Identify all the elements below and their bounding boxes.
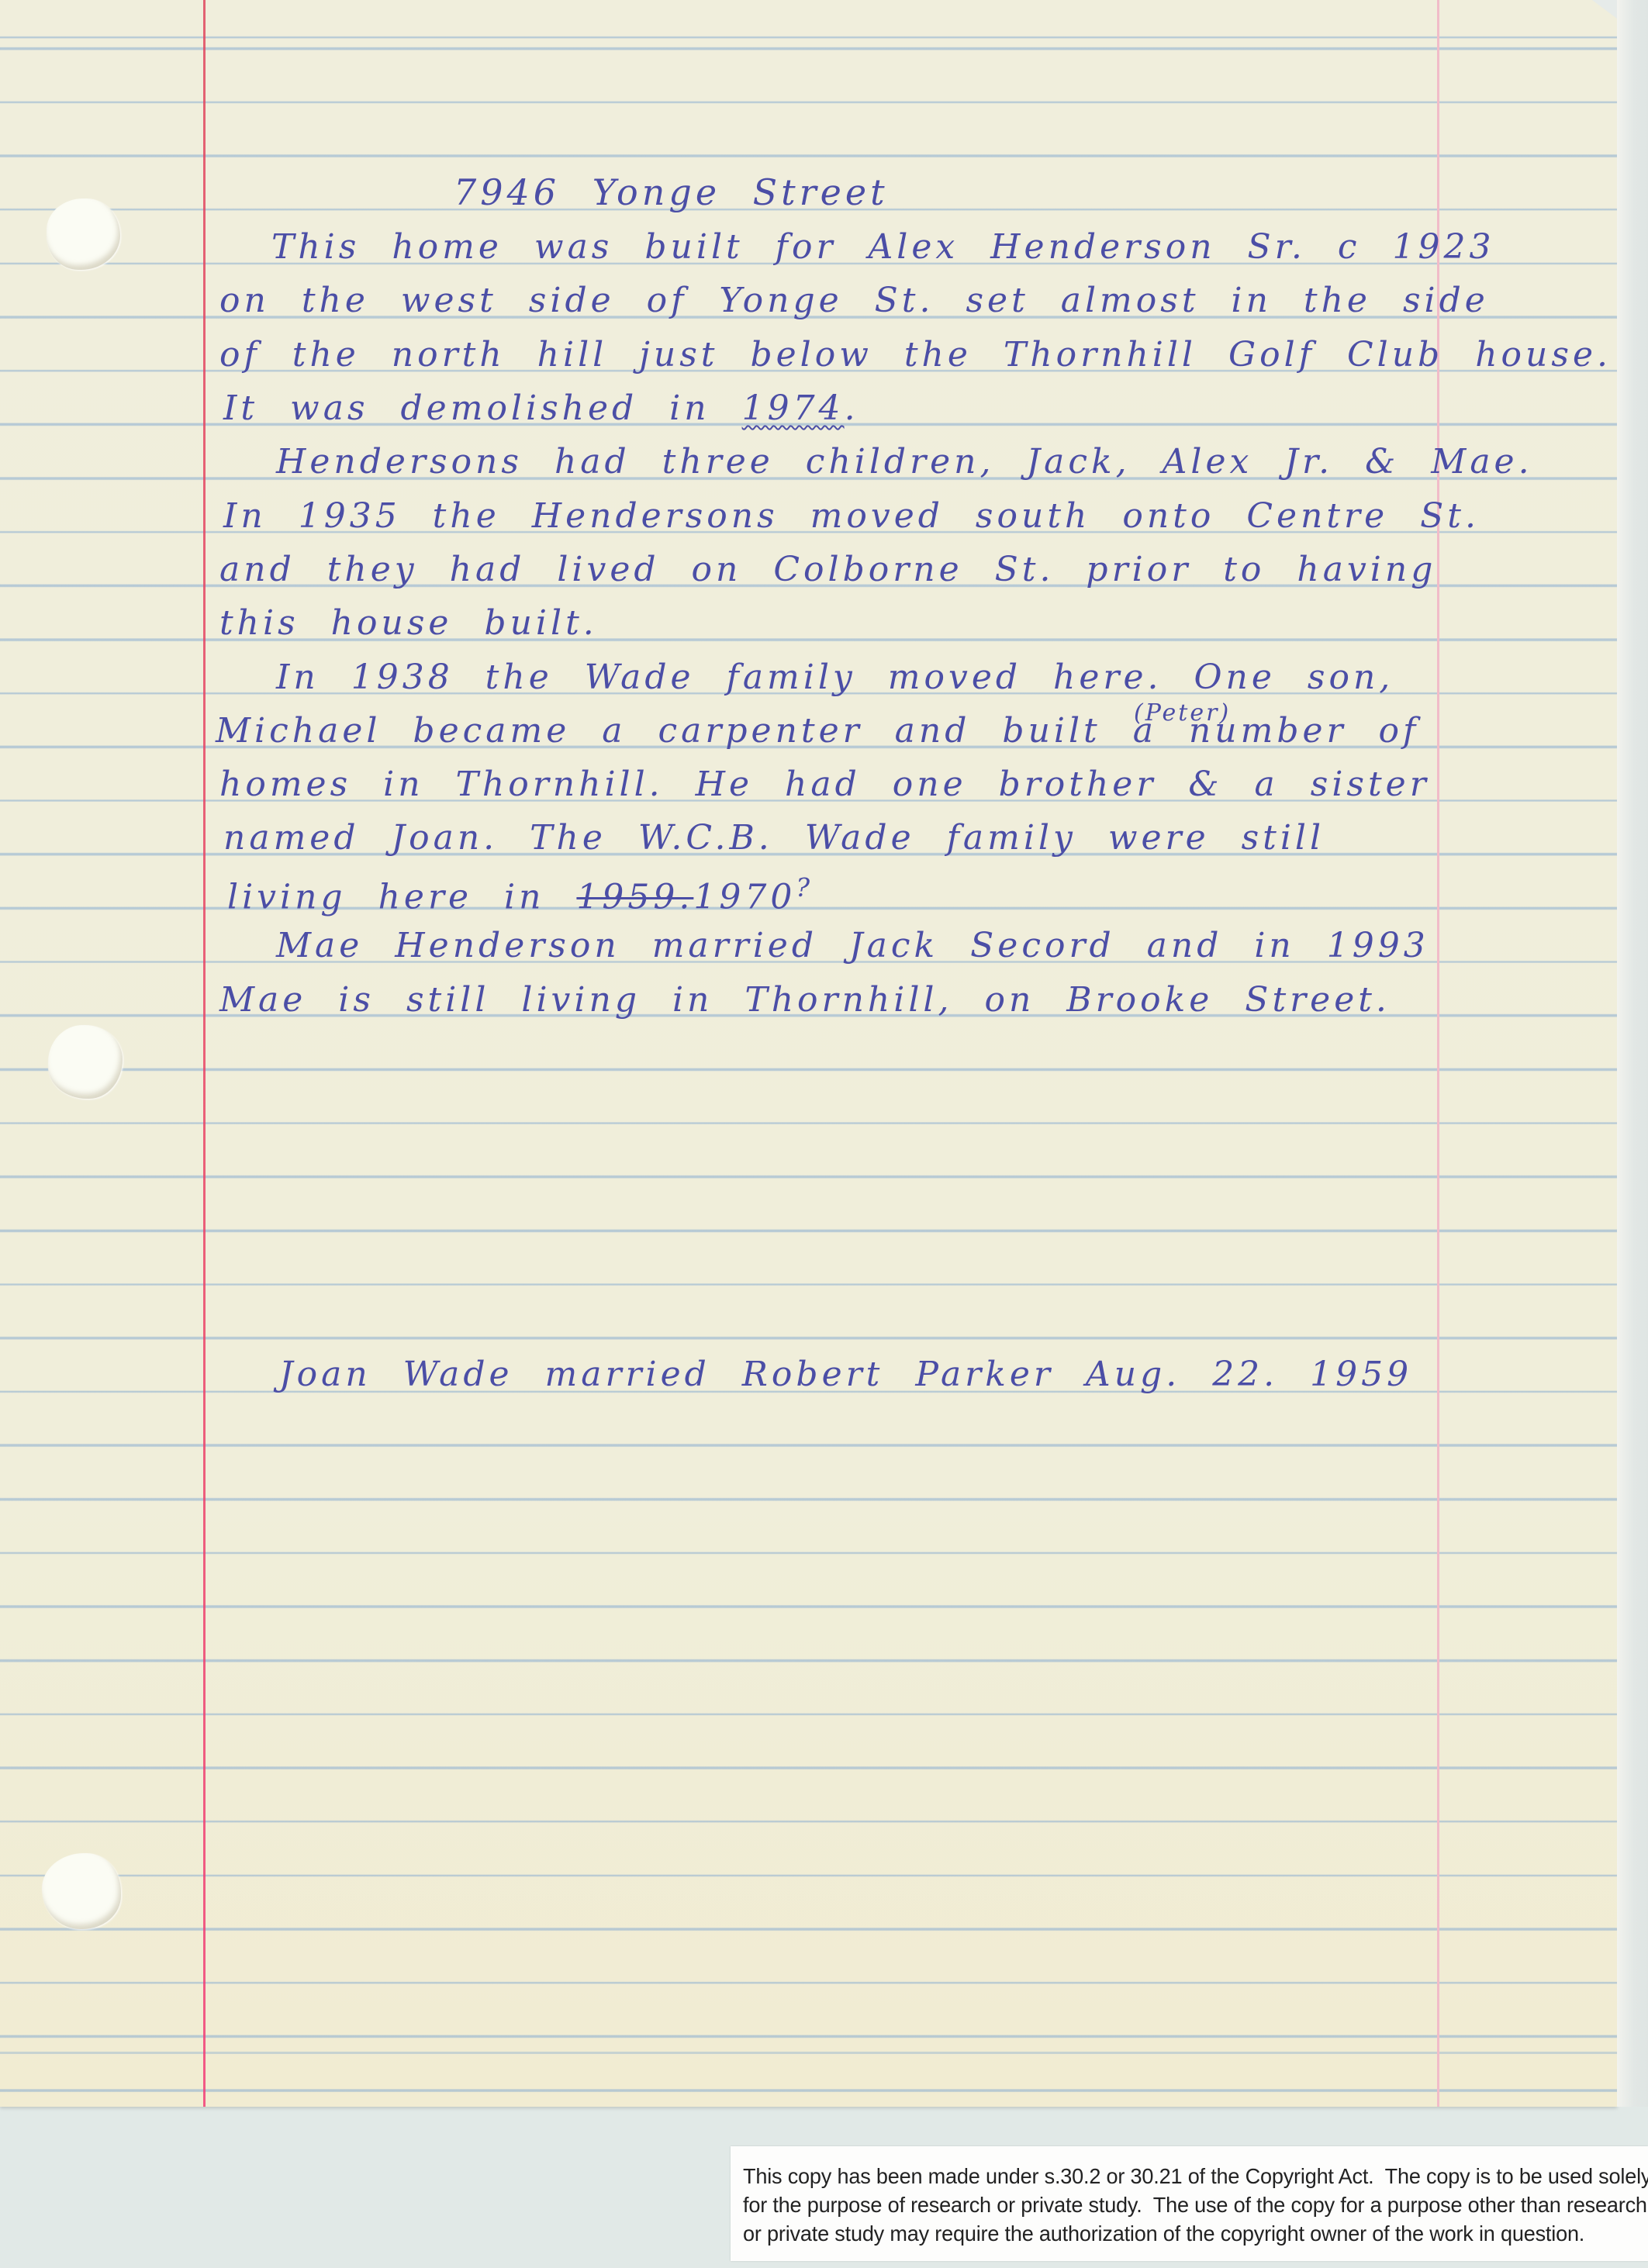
handwritten-line: Hendersons had three children, Jack, Ale… xyxy=(276,445,1533,479)
handwritten-line: and they had lived on Colborne St. prior… xyxy=(219,553,1436,587)
scanner-edge-strip xyxy=(1617,0,1648,2107)
handwritten-line: named Joan. The W.C.B. Wade family were … xyxy=(223,821,1325,855)
handwritten-line: this house built. xyxy=(219,606,598,640)
line-text: living here in xyxy=(227,878,576,917)
struck-year: 1959. xyxy=(576,878,693,917)
handwritten-line: Mae Henderson married Jack Secord and in… xyxy=(276,929,1429,963)
page-title: 7946 Yonge Street xyxy=(454,174,889,210)
handwritten-line-years: living here in 1959.1970? xyxy=(227,875,814,915)
line-text: It was demolished in xyxy=(223,388,742,428)
handwritten-line-demolished: It was demolished in 1974. xyxy=(223,392,859,426)
handwritten-line: Mae is still living in Thornhill, on Bro… xyxy=(219,983,1391,1017)
revised-year: 1970 xyxy=(693,878,796,917)
underlined-year: 1974 xyxy=(742,388,845,428)
question-mark: ? xyxy=(796,872,814,903)
punch-hole-bottom xyxy=(42,1853,121,1929)
handwritten-line: This home was built for Alex Henderson S… xyxy=(271,230,1494,264)
copyright-stamp: This copy has been made under s.30.2 or … xyxy=(731,2146,1648,2261)
handwritten-line: of the north hill just below the Thornhi… xyxy=(219,338,1612,372)
bottom-double-rule-line xyxy=(0,2052,1617,2054)
handwritten-line: homes in Thornhill. He had one brother &… xyxy=(219,768,1430,802)
stamp-line: or private study may require the authori… xyxy=(743,2219,1627,2248)
stamp-line: for the purpose of research or private s… xyxy=(743,2190,1627,2219)
page-corner-cut xyxy=(1592,0,1617,19)
inserted-name-annotation: (Peter) xyxy=(1134,702,1231,725)
scanned-document: 7946 Yonge Street This home was built fo… xyxy=(0,0,1648,2268)
line-text: . xyxy=(845,388,859,428)
handwritten-line: In 1935 the Hendersons moved south onto … xyxy=(223,499,1480,533)
handwritten-line-marriage-note: Joan Wade married Robert Parker Aug. 22.… xyxy=(279,1358,1412,1392)
copyright-stamp-text: This copy has been made under s.30.2 or … xyxy=(731,2146,1648,2248)
handwritten-line: Michael became a carpenter and built a n… xyxy=(216,714,1419,748)
notebook-page: 7946 Yonge Street This home was built fo… xyxy=(0,0,1617,2107)
punch-hole-middle xyxy=(48,1025,123,1099)
punch-hole-top xyxy=(47,198,120,270)
stamp-line: This copy has been made under s.30.2 or … xyxy=(743,2162,1627,2190)
handwritten-line: In 1938 the Wade family moved here. One … xyxy=(276,661,1394,695)
handwritten-line: on the west side of Yonge St. set almost… xyxy=(219,284,1489,318)
left-margin-line xyxy=(203,0,206,2107)
